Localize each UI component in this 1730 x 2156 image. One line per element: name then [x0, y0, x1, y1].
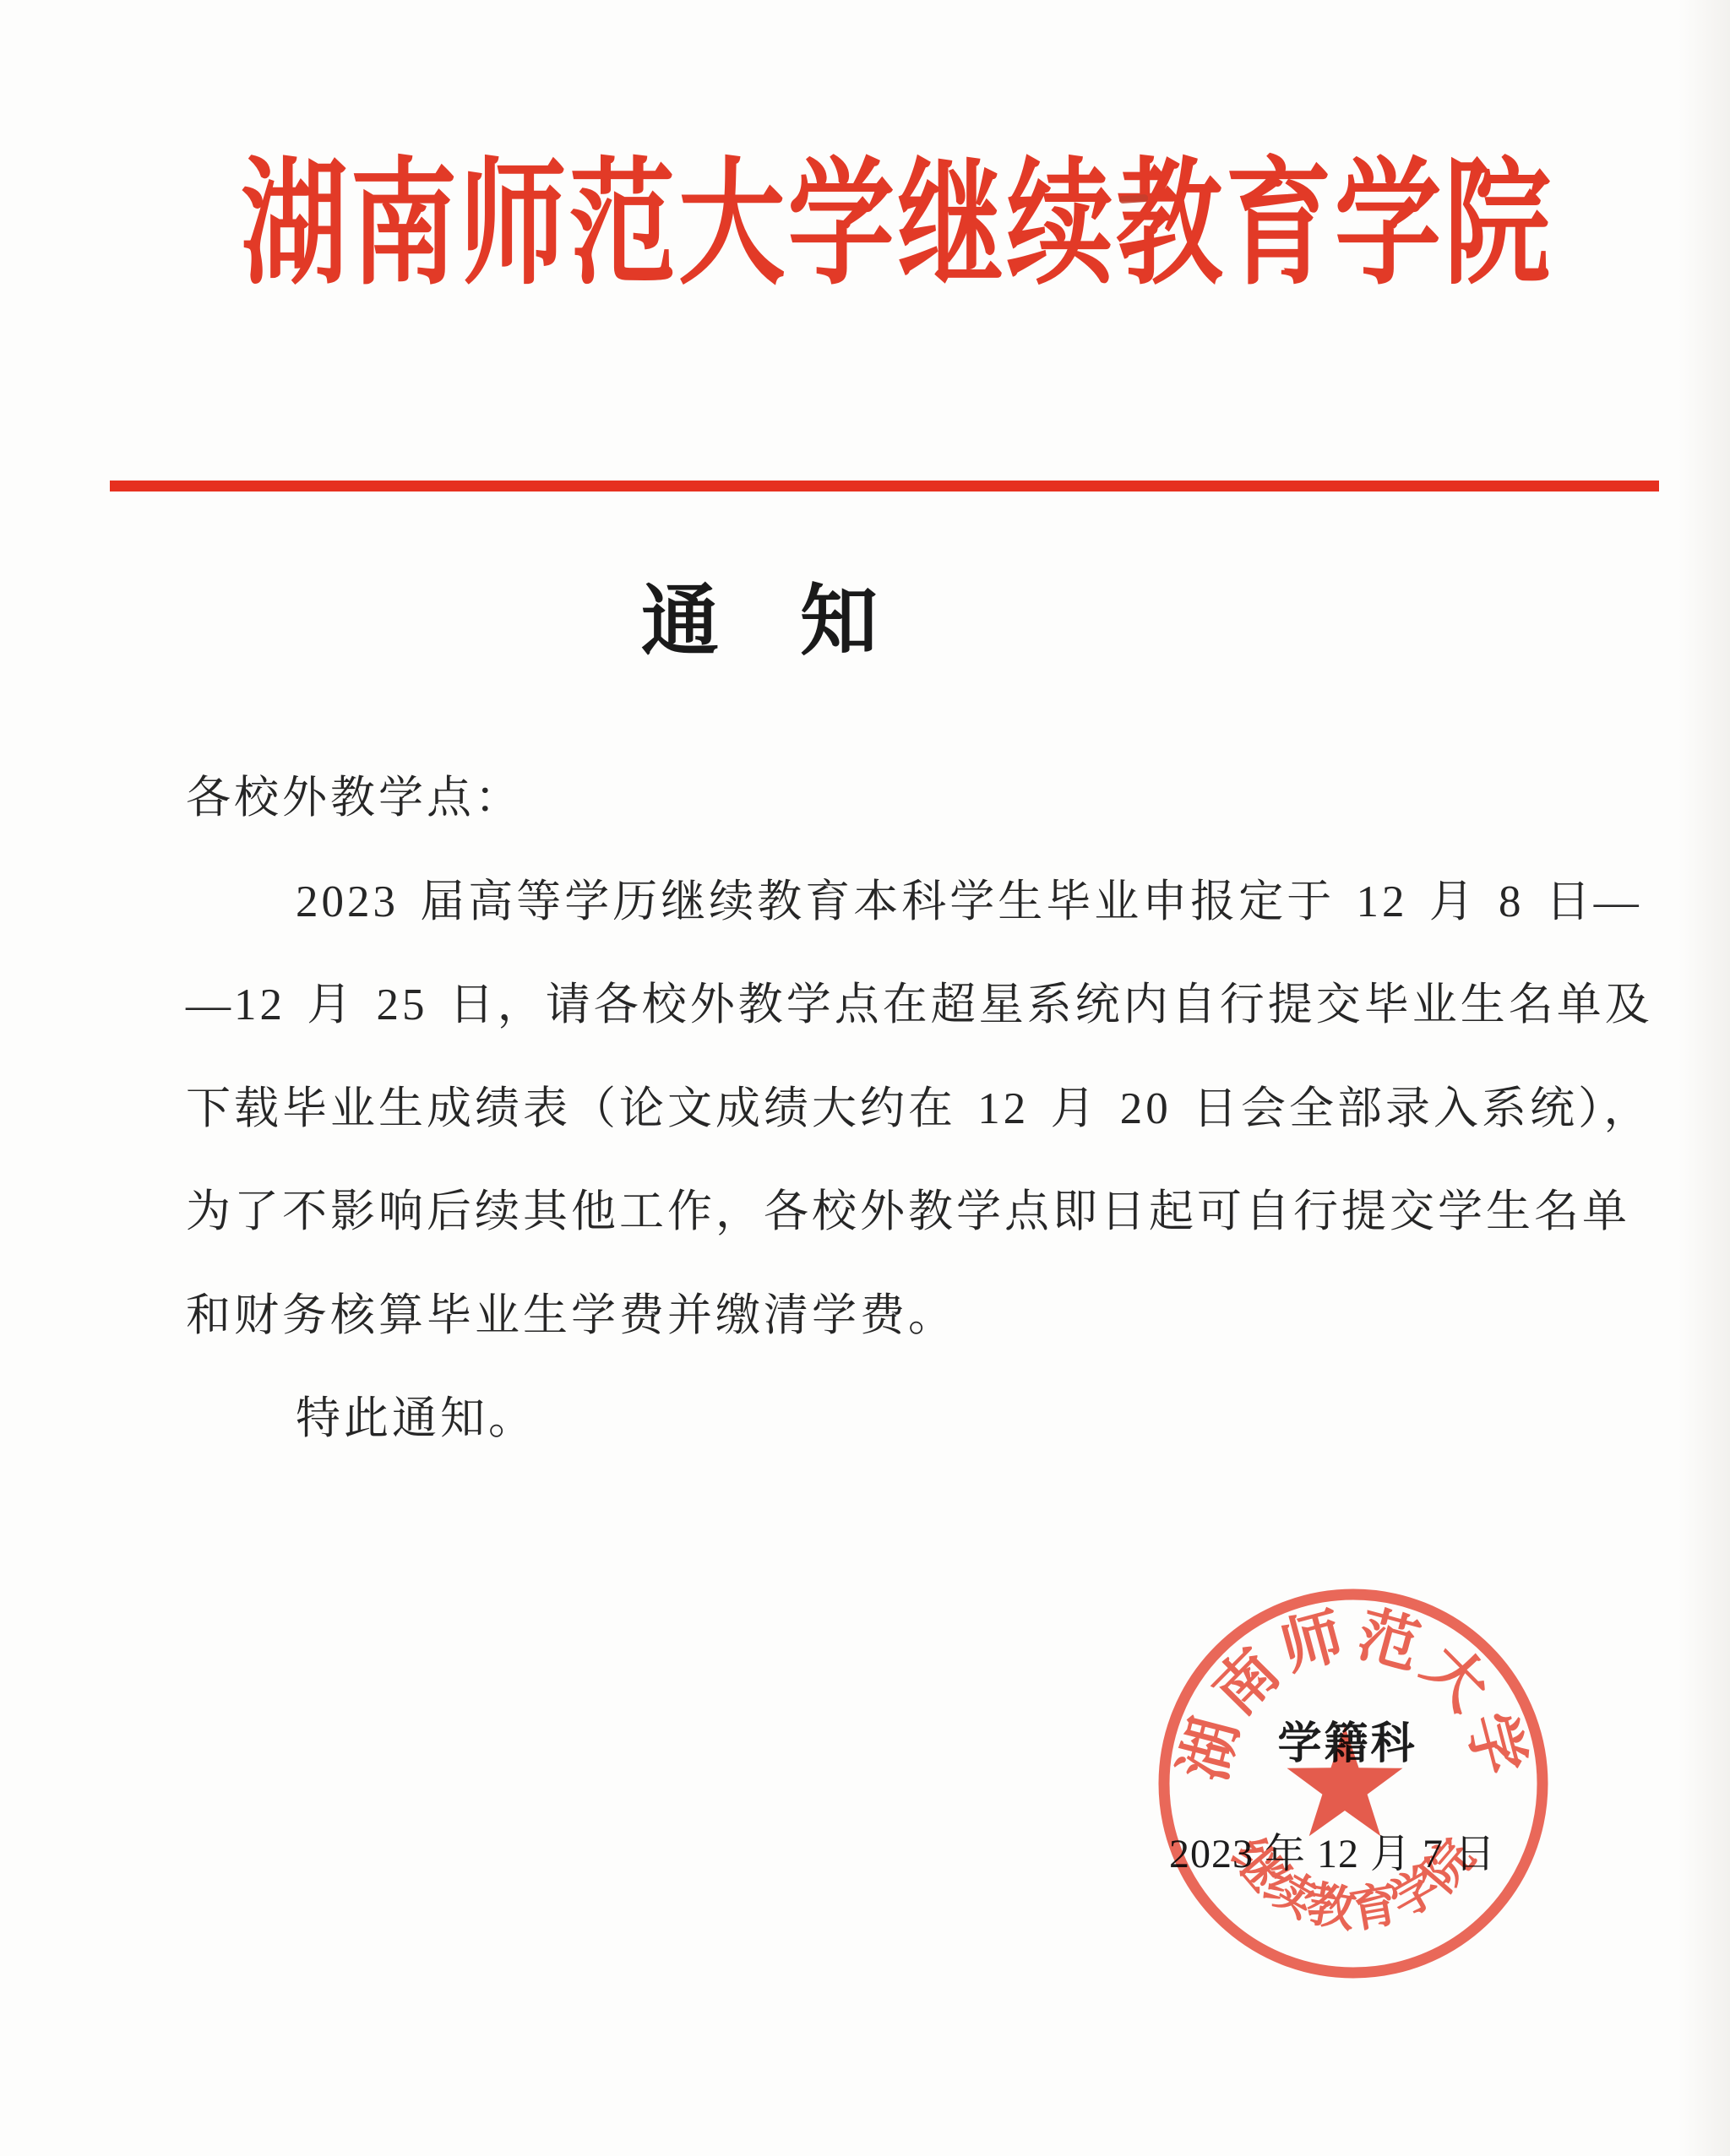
- closing-line: 特此通知。: [186, 1367, 1588, 1471]
- letterhead: 湖南师范大学继续教育学院: [0, 142, 1730, 352]
- seal-inner-text: 继续教育学院: [1221, 1830, 1486, 1939]
- body-line: 和财务核算毕业生学费并缴清学费。: [186, 1264, 1588, 1368]
- official-seal-stamp: 湖南师范大学 继续教育学院: [1154, 1584, 1553, 1983]
- body-line: 下载毕业生成绩表（论文成绩大约在 12 月 20 日会全部录入系统），: [186, 1057, 1588, 1161]
- star-icon: [1287, 1726, 1403, 1836]
- salutation-line: 各校外教学点：: [186, 747, 1588, 850]
- body-line: —12 月 25 日，请各校外教学点在超星系统内自行提交毕业生名单及: [186, 953, 1588, 1057]
- institution-name: 湖南师范大学继续教育学院: [241, 142, 1553, 311]
- notice-document: 湖南师范大学继续教育学院 通 知 各校外教学点： 2023 届高等学历继续教育本…: [0, 0, 1730, 2156]
- notice-body: 各校外教学点： 2023 届高等学历继续教育本科学生毕业申报定于 12 月 8 …: [186, 747, 1588, 1471]
- body-line: 2023 届高等学历继续教育本科学生毕业申报定于 12 月 8 日—: [186, 850, 1588, 954]
- notice-title: 通 知: [641, 559, 879, 671]
- letterhead-divider: [110, 481, 1659, 491]
- body-line: 为了不影响后续其他工作，各校外教学点即日起可自行提交学生名单: [186, 1160, 1588, 1264]
